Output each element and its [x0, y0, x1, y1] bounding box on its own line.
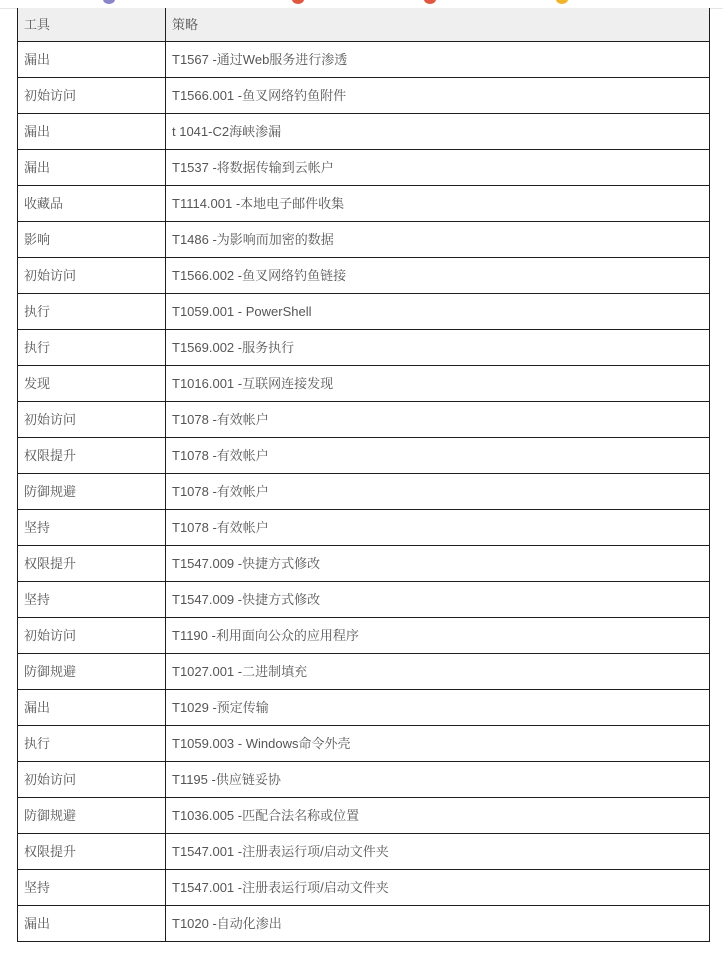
table-row: 执行T1569.002 -服务执行	[18, 330, 710, 366]
table-row: 初始访问T1195 -供应链妥协	[18, 762, 710, 798]
tool-cell: 初始访问	[18, 402, 166, 438]
strategy-cell: T1027.001 -二进制填充	[166, 654, 710, 690]
tool-cell: 坚持	[18, 870, 166, 906]
table-row: 坚持T1078 -有效帐户	[18, 510, 710, 546]
tool-cell: 执行	[18, 330, 166, 366]
table-row: 初始访问T1078 -有效帐户	[18, 402, 710, 438]
strategy-cell: T1567 -通过Web服务进行渗透	[166, 42, 710, 78]
strategy-cell: T1486 -为影响而加密的数据	[166, 222, 710, 258]
strategy-cell: T1020 -自动化渗出	[166, 906, 710, 942]
table-row: 影响T1486 -为影响而加密的数据	[18, 222, 710, 258]
tool-cell: 权限提升	[18, 834, 166, 870]
tool-cell: 初始访问	[18, 78, 166, 114]
table-row: 坚持T1547.009 -快捷方式修改	[18, 582, 710, 618]
table-row: 防御规避T1027.001 -二进制填充	[18, 654, 710, 690]
tool-cell: 坚持	[18, 510, 166, 546]
table-row: 权限提升T1547.009 -快捷方式修改	[18, 546, 710, 582]
table-header-row: 工具 策略	[18, 8, 710, 42]
strategy-cell: T1029 -预定传输	[166, 690, 710, 726]
tool-cell: 初始访问	[18, 762, 166, 798]
cropped-icon	[556, 0, 568, 4]
table-row: 漏出T1029 -预定传输	[18, 690, 710, 726]
tool-cell: 收藏品	[18, 186, 166, 222]
strategy-cell: T1190 -利用面向公众的应用程序	[166, 618, 710, 654]
tool-cell: 防御规避	[18, 798, 166, 834]
table-row: 初始访问T1190 -利用面向公众的应用程序	[18, 618, 710, 654]
strategy-cell: T1059.001 - PowerShell	[166, 294, 710, 330]
strategy-cell: T1547.009 -快捷方式修改	[166, 582, 710, 618]
strategy-cell: T1547.001 -注册表运行项/启动文件夹	[166, 834, 710, 870]
tool-cell: 漏出	[18, 690, 166, 726]
strategy-cell: T1537 -将数据传输到云帐户	[166, 150, 710, 186]
table-row: 漏出T1020 -自动化渗出	[18, 906, 710, 942]
tactics-table: 工具 策略 漏出T1567 -通过Web服务进行渗透初始访问T1566.001 …	[17, 8, 710, 942]
strategy-cell: T1078 -有效帐户	[166, 438, 710, 474]
table-row: 收藏品T1114.001 -本地电子邮件收集	[18, 186, 710, 222]
tool-cell: 漏出	[18, 114, 166, 150]
tool-cell: 坚持	[18, 582, 166, 618]
tool-cell: 执行	[18, 726, 166, 762]
strategy-cell: T1078 -有效帐户	[166, 474, 710, 510]
table-body: 漏出T1567 -通过Web服务进行渗透初始访问T1566.001 -鱼叉网络钓…	[18, 42, 710, 942]
tool-cell: 初始访问	[18, 258, 166, 294]
table-row: 执行T1059.001 - PowerShell	[18, 294, 710, 330]
table-row: 防御规避T1036.005 -匹配合法名称或位置	[18, 798, 710, 834]
strategy-cell: T1059.003 - Windows命令外壳	[166, 726, 710, 762]
tool-cell: 漏出	[18, 906, 166, 942]
tool-cell: 影响	[18, 222, 166, 258]
cropped-icon	[424, 0, 436, 4]
strategy-cell: T1547.009 -快捷方式修改	[166, 546, 710, 582]
cropped-icon	[292, 0, 304, 4]
tool-cell: 防御规避	[18, 474, 166, 510]
strategy-cell: T1078 -有效帐户	[166, 402, 710, 438]
table-row: 执行T1059.003 - Windows命令外壳	[18, 726, 710, 762]
column-header-tool: 工具	[18, 8, 166, 42]
table-row: 坚持T1547.001 -注册表运行项/启动文件夹	[18, 870, 710, 906]
strategy-cell: T1036.005 -匹配合法名称或位置	[166, 798, 710, 834]
strategy-cell: t 1041-C2海峡渗漏	[166, 114, 710, 150]
column-header-strategy: 策略	[166, 8, 710, 42]
tactics-table-container: 工具 策略 漏出T1567 -通过Web服务进行渗透初始访问T1566.001 …	[17, 8, 709, 942]
table-row: 漏出T1537 -将数据传输到云帐户	[18, 150, 710, 186]
strategy-cell: T1195 -供应链妥协	[166, 762, 710, 798]
table-row: 初始访问T1566.002 -鱼叉网络钓鱼链接	[18, 258, 710, 294]
table-row: 权限提升T1547.001 -注册表运行项/启动文件夹	[18, 834, 710, 870]
tool-cell: 初始访问	[18, 618, 166, 654]
tool-cell: 权限提升	[18, 546, 166, 582]
table-row: 防御规避T1078 -有效帐户	[18, 474, 710, 510]
tool-cell: 防御规避	[18, 654, 166, 690]
cropped-icon	[103, 0, 115, 4]
strategy-cell: T1547.001 -注册表运行项/启动文件夹	[166, 870, 710, 906]
table-row: 权限提升T1078 -有效帐户	[18, 438, 710, 474]
tool-cell: 漏出	[18, 42, 166, 78]
tool-cell: 发现	[18, 366, 166, 402]
tool-cell: 权限提升	[18, 438, 166, 474]
tool-cell: 漏出	[18, 150, 166, 186]
table-row: 初始访问T1566.001 -鱼叉网络钓鱼附件	[18, 78, 710, 114]
tool-cell: 执行	[18, 294, 166, 330]
strategy-cell: T1114.001 -本地电子邮件收集	[166, 186, 710, 222]
strategy-cell: T1078 -有效帐户	[166, 510, 710, 546]
strategy-cell: T1569.002 -服务执行	[166, 330, 710, 366]
table-row: 漏出T1567 -通过Web服务进行渗透	[18, 42, 710, 78]
table-row: 漏出t 1041-C2海峡渗漏	[18, 114, 710, 150]
strategy-cell: T1566.001 -鱼叉网络钓鱼附件	[166, 78, 710, 114]
strategy-cell: T1566.002 -鱼叉网络钓鱼链接	[166, 258, 710, 294]
strategy-cell: T1016.001 -互联网连接发现	[166, 366, 710, 402]
table-row: 发现T1016.001 -互联网连接发现	[18, 366, 710, 402]
